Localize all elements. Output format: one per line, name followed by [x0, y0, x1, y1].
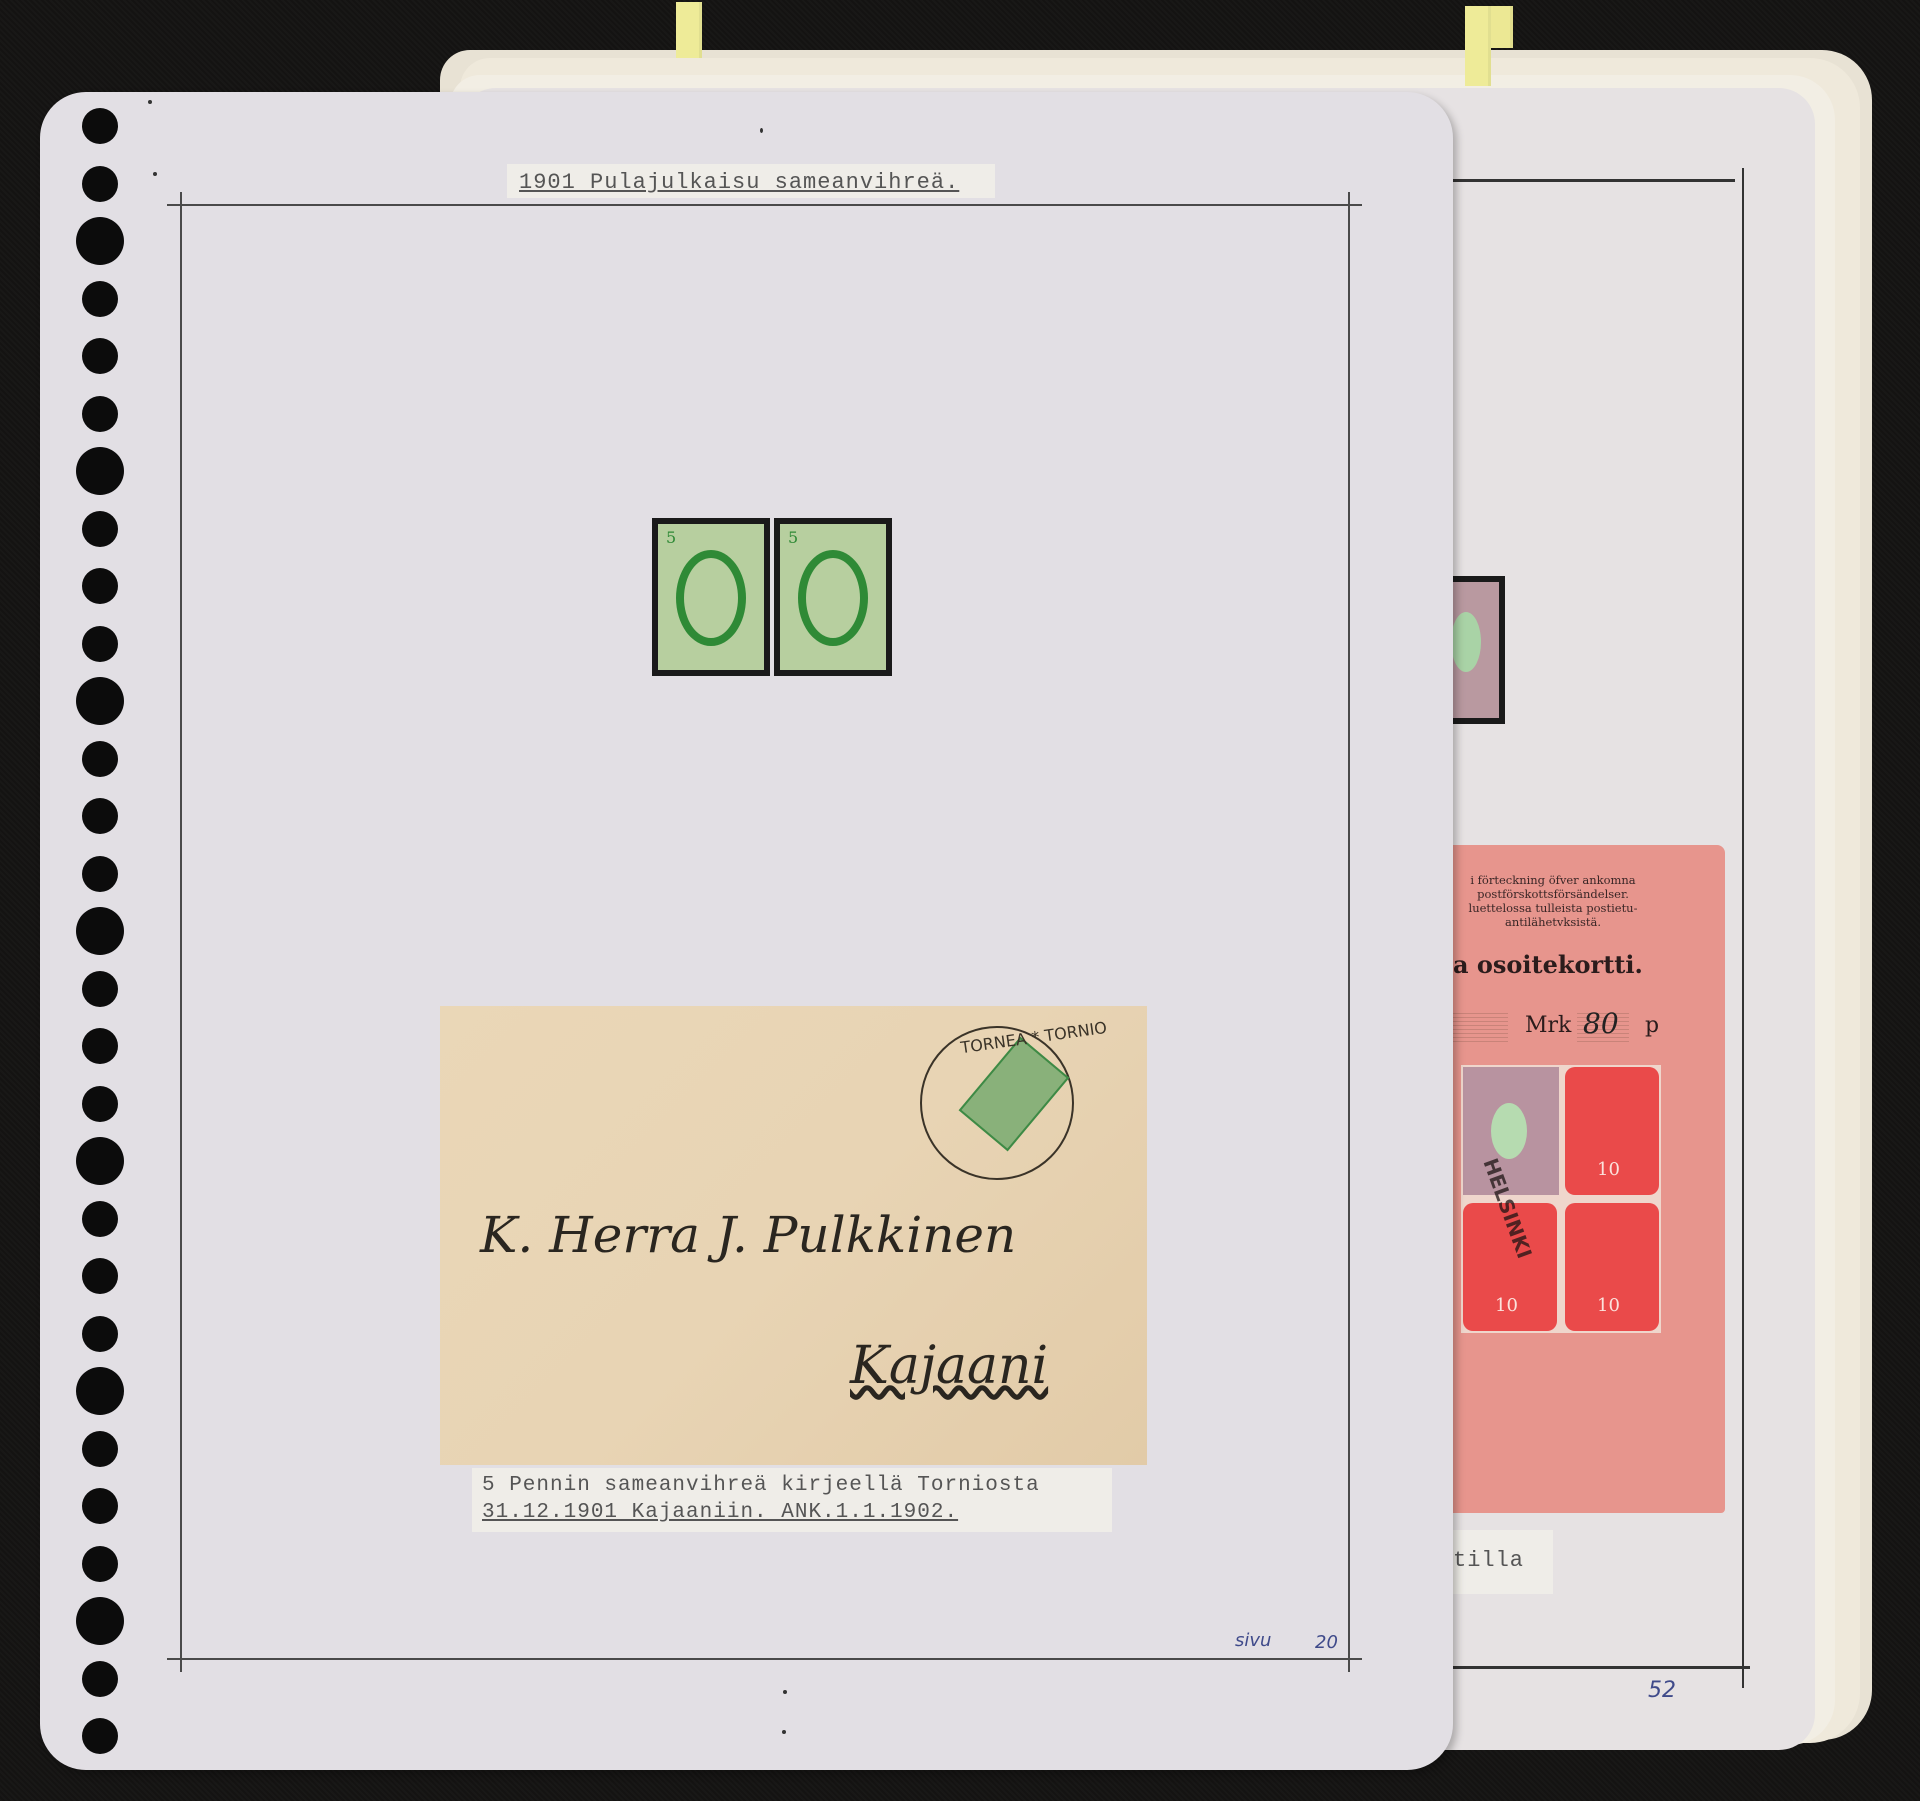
- stamp-oval: [676, 550, 746, 646]
- binder-hole: [82, 1661, 118, 1697]
- pinhole: [148, 100, 152, 104]
- card-field-lines: [1453, 1013, 1508, 1043]
- stamp-1-markka: [1445, 576, 1505, 724]
- stamp-5-pen-green: 5: [652, 518, 770, 676]
- card-mrk-label: Mrk: [1525, 1013, 1571, 1038]
- stamp-10-pen: 10: [1565, 1203, 1659, 1331]
- frame-top-line: [1445, 179, 1735, 182]
- stamp-1-markka-card: [1463, 1067, 1559, 1195]
- binder-hole: [82, 396, 118, 432]
- frame-right-line: [1742, 168, 1744, 1688]
- binder-hole: [82, 568, 118, 604]
- album-page-left: 1901 Pulajulkaisu sameanvihreä. 5 5 TORN…: [40, 92, 1453, 1770]
- binder-hole: [82, 798, 118, 834]
- binder-hole: [82, 108, 118, 144]
- stamp-oval: [798, 550, 868, 646]
- pinhole: [783, 1690, 787, 1694]
- stamp-10-pen: 10: [1565, 1067, 1659, 1195]
- card-amount: 80: [1583, 1007, 1619, 1040]
- binder-hole: [82, 1546, 118, 1582]
- binder-hole: [82, 1316, 118, 1352]
- binder-hole: [76, 1597, 124, 1645]
- frame-bottom-line: [1445, 1666, 1750, 1669]
- frame-top-line: [167, 204, 1362, 206]
- stamp-value: 10: [1597, 1295, 1620, 1316]
- stamp-value: 5: [666, 528, 676, 547]
- frame-bottom-line: [167, 1658, 1362, 1660]
- binder-hole: [82, 1718, 118, 1754]
- card-header-text: i förteckning öfver ankomna postförskott…: [1453, 873, 1653, 929]
- sticky-tab-3[interactable]: [1491, 6, 1513, 48]
- binder-hole: [82, 1488, 118, 1524]
- card-header-line: postförskottsförsändelser.: [1453, 887, 1653, 901]
- frame-right-line: [1348, 192, 1350, 1672]
- right-caption-label: tilla: [1453, 1530, 1553, 1594]
- pinhole: [760, 128, 763, 133]
- binder-hole: [82, 1201, 118, 1237]
- card-header-line: i förteckning öfver ankomna: [1453, 873, 1653, 887]
- card-header-line: antilähetvksistä.: [1453, 915, 1653, 929]
- binder-hole: [82, 1086, 118, 1122]
- binder-hole: [82, 856, 118, 892]
- page-number-label: sivu: [1235, 1630, 1271, 1651]
- frame-left-line: [180, 192, 182, 1672]
- sticky-tab-1[interactable]: [676, 2, 702, 58]
- sticky-tab-2[interactable]: [1465, 6, 1491, 86]
- binder-hole: [82, 1028, 118, 1064]
- stamp-value: 10: [1597, 1159, 1620, 1180]
- binder-hole: [82, 626, 118, 662]
- stamp-5-pen-green: 5: [774, 518, 892, 676]
- card-header-line: luettelossa tulleista postietu-: [1453, 901, 1653, 915]
- right-page-number: 52: [1648, 1678, 1676, 1703]
- page-number: 20: [1315, 1632, 1338, 1653]
- binder-hole: [82, 1258, 118, 1294]
- pinhole: [782, 1730, 786, 1734]
- stamp-value: 10: [1495, 1295, 1518, 1316]
- binder-hole: [76, 1367, 124, 1415]
- right-caption-text: tilla: [1453, 1548, 1524, 1573]
- address-line-1: K. Herra J. Pulkkinen: [480, 1206, 1016, 1264]
- card-p-label: p: [1645, 1013, 1659, 1038]
- pinhole: [153, 172, 157, 176]
- binder-hole: [82, 166, 118, 202]
- binder-hole: [82, 281, 118, 317]
- binder-hole: [76, 907, 124, 955]
- binder-hole: [82, 511, 118, 547]
- stamp-green-oval: [1451, 612, 1481, 672]
- caption-line-2: 31.12.1901 Kajaaniin. ANK.1.1.1902.: [482, 1499, 1112, 1526]
- binder-hole: [82, 1431, 118, 1467]
- binder-hole: [76, 1137, 124, 1185]
- caption-line-1: 5 Pennin sameanvihreä kirjeellä Torniost…: [482, 1472, 1112, 1499]
- binder-hole: [82, 971, 118, 1007]
- binder-hole: [76, 217, 124, 265]
- binder-hole: [76, 447, 124, 495]
- envelope-caption: 5 Pennin sameanvihreä kirjeellä Torniost…: [472, 1468, 1112, 1532]
- page-title-label: 1901 Pulajulkaisu sameanvihreä.: [507, 164, 995, 198]
- binder-hole: [82, 338, 118, 374]
- card-amount-field: 80: [1577, 1013, 1629, 1043]
- stamp-green-oval: [1491, 1103, 1527, 1159]
- binder-hole: [82, 741, 118, 777]
- card-title: a osoitekortti.: [1453, 950, 1643, 979]
- stamp-block: 10 10 10 HELSINKI: [1461, 1065, 1661, 1333]
- envelope-cover: TORNEA * TORNIO K. Herra J. Pulkkinen Ka…: [440, 1006, 1147, 1465]
- binder-hole: [76, 677, 124, 725]
- address-line-2: Kajaani: [850, 1336, 1048, 1396]
- stamp-value: 5: [788, 528, 798, 547]
- money-order-card: i förteckning öfver ankomna postförskott…: [1453, 845, 1725, 1513]
